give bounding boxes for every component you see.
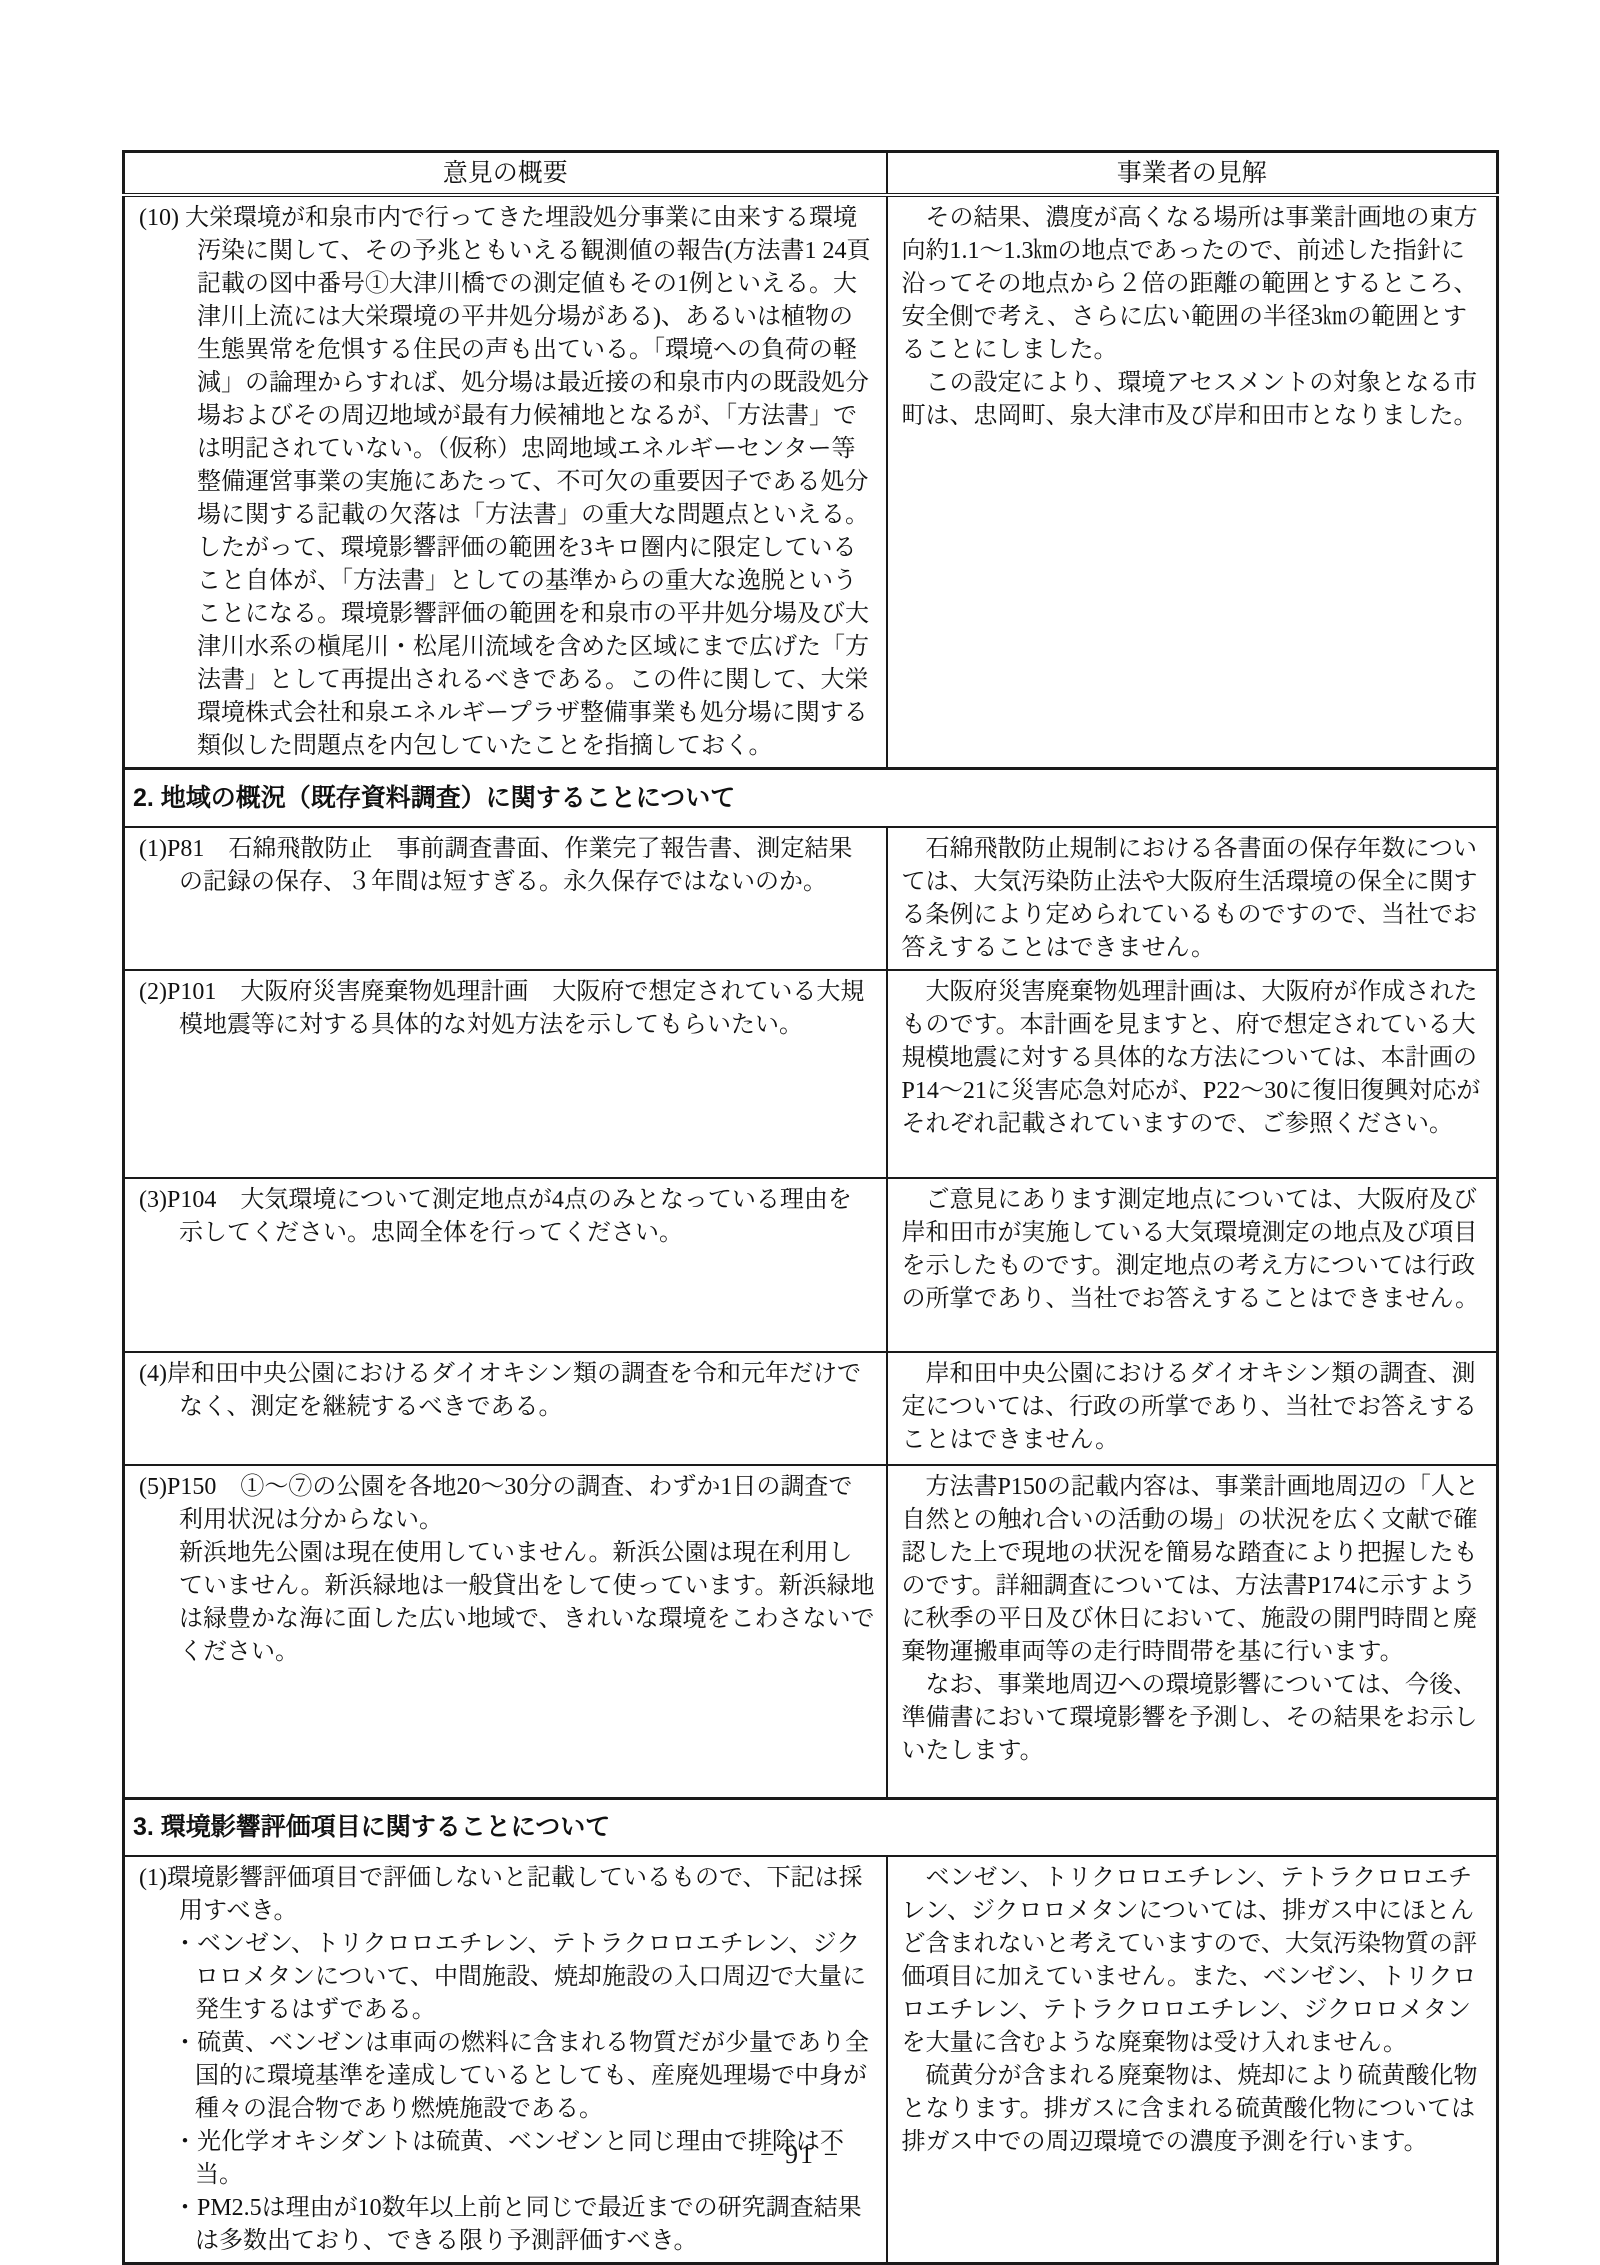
opinion-paragraph: (3)P104 大気環境について測定地点が4点のみとなっている理由を示してくださ…	[179, 1184, 876, 1250]
response-paragraph: ベンゼン、トリクロロエチレン、テトラクロロエチレン、ジクロロメタンについては、排…	[902, 1862, 1487, 2060]
opinion-paragraph: (5)P150 ①〜⑦の公園を各地20〜30分の調査、わずか1日の調査で利用状況…	[179, 1471, 876, 1537]
table-row-item-2-4: (4)岸和田中央公園におけるダイオキシン類の調査を令和元年だけでなく、測定を継続…	[124, 1352, 1498, 1465]
opinion-cell: (1)環境影響評価項目で評価しないと記載しているもので、下記は採用すべき。 ・ベ…	[124, 1856, 887, 2264]
section-2-heading: 2. 地域の概況（既存資料調査）に関することについて	[124, 769, 1498, 828]
opinion-response-table: 意見の概要 事業者の見解 (10) 大栄環境が和泉市内で行ってきた埋設処分事業に…	[122, 150, 1499, 2265]
page-number: − 91 −	[0, 2140, 1600, 2170]
response-paragraph: その結果、濃度が高くなる場所は事業計画地の東方向約1.1〜1.3㎞の地点であった…	[902, 202, 1487, 367]
col-header-opinion-summary: 意見の概要	[124, 152, 887, 196]
response-cell: 岸和田中央公園におけるダイオキシン類の調査、測定については、行政の所掌であり、当…	[887, 1352, 1498, 1465]
table-row-item-2-1: (1)P81 石綿飛散防止 事前調査書面、作業完了報告書、測定結果の記録の保存、…	[124, 827, 1498, 970]
opinion-bullet-item: ・ベンゼン、トリクロロエチレン、テトラクロロエチレン、ジクロロメタンについて、中…	[173, 1928, 876, 2027]
response-paragraph: この設定により、環境アセスメントの対象となる市町は、忠岡町、泉大津市及び岸和田市…	[902, 367, 1487, 433]
response-cell: ベンゼン、トリクロロエチレン、テトラクロロエチレン、ジクロロメタンについては、排…	[887, 1856, 1498, 2264]
response-paragraph: 方法書P150の記載内容は、事業計画地周辺の「人と自然との触れ合いの活動の場」の…	[902, 1471, 1487, 1669]
document-page: 意見の概要 事業者の見解 (10) 大栄環境が和泉市内で行ってきた埋設処分事業に…	[0, 0, 1600, 2263]
response-paragraph: 石綿飛散防止規制における各書面の保存年数については、大気汚染防止法や大阪府生活環…	[902, 833, 1487, 965]
opinion-bullet-item: ・硫黄、ベンゼンは車両の燃料に含まれる物質だが少量であり全国的に環境基準を達成し…	[173, 2027, 876, 2126]
table-row-item-2-2: (2)P101 大阪府災害廃棄物処理計画 大阪府で想定されている大規模地震等に対…	[124, 970, 1498, 1178]
table-header-row: 意見の概要 事業者の見解	[124, 152, 1498, 196]
opinion-paragraph: 新浜地先公園は現在使用していません。新浜公園は現在利用していません。新浜緑地は一…	[179, 1537, 876, 1669]
response-cell: ご意見にあります測定地点については、大阪府及び岸和田市が実施している大気環境測定…	[887, 1178, 1498, 1352]
opinion-cell: (2)P101 大阪府災害廃棄物処理計画 大阪府で想定されている大規模地震等に対…	[124, 970, 887, 1178]
response-paragraph: なお、事業地周辺への環境影響については、今後、準備書において環境影響を予測し、そ…	[902, 1669, 1487, 1768]
section-3-heading: 3. 環境影響評価項目に関することについて	[124, 1799, 1498, 1857]
section-row-3: 3. 環境影響評価項目に関することについて	[124, 1799, 1498, 1857]
opinion-bullet-item: ・PM2.5は理由が10数年以上前と同じで最近までの研究調査結果は多数出ており、…	[173, 2192, 876, 2258]
response-cell: 大阪府災害廃棄物処理計画は、大阪府が作成されたものです。本計画を見ますと、府で想…	[887, 970, 1498, 1178]
response-cell: 方法書P150の記載内容は、事業計画地周辺の「人と自然との触れ合いの活動の場」の…	[887, 1465, 1498, 1799]
section-row-2: 2. 地域の概況（既存資料調査）に関することについて	[124, 769, 1498, 828]
opinion-paragraph: (1)環境影響評価項目で評価しないと記載しているもので、下記は採用すべき。	[179, 1862, 876, 1928]
opinion-paragraph: したがって、環境影響評価の範囲を3キロ圏内に限定していること自体が、「方法書」と…	[197, 532, 876, 763]
opinion-paragraph: (1)P81 石綿飛散防止 事前調査書面、作業完了報告書、測定結果の記録の保存、…	[179, 833, 876, 899]
opinion-cell: (10) 大栄環境が和泉市内で行ってきた埋設処分事業に由来する環境汚染に関して、…	[124, 195, 887, 769]
response-paragraph: 岸和田中央公園におけるダイオキシン類の調査、測定については、行政の所掌であり、当…	[902, 1358, 1487, 1457]
opinion-paragraph: (10) 大栄環境が和泉市内で行ってきた埋設処分事業に由来する環境汚染に関して、…	[197, 202, 876, 532]
table-row-item-2-3: (3)P104 大気環境について測定地点が4点のみとなっている理由を示してくださ…	[124, 1178, 1498, 1352]
opinion-paragraph: (4)岸和田中央公園におけるダイオキシン類の調査を令和元年だけでなく、測定を継続…	[179, 1358, 876, 1424]
opinion-cell: (3)P104 大気環境について測定地点が4点のみとなっている理由を示してくださ…	[124, 1178, 887, 1352]
opinion-paragraph: (2)P101 大阪府災害廃棄物処理計画 大阪府で想定されている大規模地震等に対…	[179, 976, 876, 1042]
response-paragraph: 大阪府災害廃棄物処理計画は、大阪府が作成されたものです。本計画を見ますと、府で想…	[902, 976, 1487, 1141]
response-cell: その結果、濃度が高くなる場所は事業計画地の東方向約1.1〜1.3㎞の地点であった…	[887, 195, 1498, 769]
table-row-item-3-1: (1)環境影響評価項目で評価しないと記載しているもので、下記は採用すべき。 ・ベ…	[124, 1856, 1498, 2264]
col-header-operator-view: 事業者の見解	[887, 152, 1498, 196]
opinion-cell: (4)岸和田中央公園におけるダイオキシン類の調査を令和元年だけでなく、測定を継続…	[124, 1352, 887, 1465]
opinion-cell: (1)P81 石綿飛散防止 事前調査書面、作業完了報告書、測定結果の記録の保存、…	[124, 827, 887, 970]
response-cell: 石綿飛散防止規制における各書面の保存年数については、大気汚染防止法や大阪府生活環…	[887, 827, 1498, 970]
opinion-cell: (5)P150 ①〜⑦の公園を各地20〜30分の調査、わずか1日の調査で利用状況…	[124, 1465, 887, 1799]
response-paragraph: ご意見にあります測定地点については、大阪府及び岸和田市が実施している大気環境測定…	[902, 1184, 1487, 1316]
table-row-item-2-5: (5)P150 ①〜⑦の公園を各地20〜30分の調査、わずか1日の調査で利用状況…	[124, 1465, 1498, 1799]
table-row-item-10: (10) 大栄環境が和泉市内で行ってきた埋設処分事業に由来する環境汚染に関して、…	[124, 195, 1498, 769]
